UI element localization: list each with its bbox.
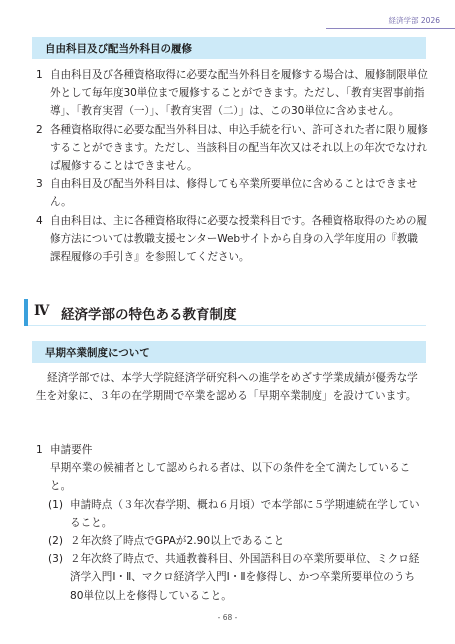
condition-number: (2): [48, 532, 70, 550]
chapter-number: Ⅳ: [34, 303, 49, 319]
item-number: 4: [36, 212, 50, 267]
section-heading-early-graduation: 早期卒業制度について: [32, 341, 426, 363]
page-number: - 68 -: [0, 613, 455, 622]
requirement-title: 申請要件: [50, 441, 428, 459]
list-item: 1 自由科目及び各種資格取得に必要な配当外科目を履修する場合は、履修制限単位外と…: [36, 66, 428, 121]
condition-item: (2) ２年次終了時点でGPAが2.90以上であること: [48, 532, 428, 550]
condition-text: ２年次終了時点で、共通教養科目、外国語科目の卒業所要単位、ミクロ経済学入門Ⅰ・Ⅱ…: [70, 550, 428, 605]
section-heading-text: 自由科目及び配当外科目の履修: [45, 41, 192, 56]
section-heading-text: 早期卒業制度について: [45, 345, 150, 360]
list-item: 2 各種資格取得に必要な配当外科目は、申込手続を行い、許可された者に限り履修する…: [36, 121, 428, 176]
condition-text: 申請時点（３年次春学期、概ね６月頃）で本学部に５学期連続在学していること。: [70, 496, 428, 532]
running-head: 経済学部 2026: [326, 14, 455, 29]
item-text: 自由科目及び各種資格取得に必要な配当外科目を履修する場合は、履修制限単位外として…: [50, 66, 428, 121]
requirement-lead: 早期卒業の候補者として認められる者は、以下の条件を全て満たしていること。: [36, 459, 428, 495]
condition-number: (3): [48, 550, 70, 605]
item-number: 3: [36, 175, 50, 211]
list-item: 3 自由科目及び配当外科目は、修得しても卒業所要単位に含めることはできません。: [36, 175, 428, 211]
item-text: 自由科目は、主に各種資格取得に必要な授業科目です。各種資格取得のための履修方法に…: [50, 212, 428, 267]
chapter-accent-bar: [24, 299, 28, 326]
item-number: 2: [36, 121, 50, 176]
item-number: 1: [36, 66, 50, 121]
item-number: 1: [36, 441, 50, 459]
running-head-text: 経済学部 2026: [389, 15, 440, 26]
requirement-heading: 1 申請要件: [36, 441, 428, 459]
item-text: 各種資格取得に必要な配当外科目は、申込手続を行い、許可された者に限り履修すること…: [50, 121, 428, 176]
free-subjects-list: 1 自由科目及び各種資格取得に必要な配当外科目を履修する場合は、履修制限単位外と…: [36, 66, 428, 266]
condition-text: ２年次終了時点でGPAが2.90以上であること: [70, 532, 428, 550]
application-requirements: 1 申請要件 早期卒業の候補者として認められる者は、以下の条件を全て満たしている…: [36, 441, 428, 605]
early-graduation-intro: 経済学部では、本学大学院経済学研究科への進学をめざす学業成績が優秀な学生を対象に…: [36, 369, 428, 405]
list-item: 4 自由科目は、主に各種資格取得に必要な授業科目です。各種資格取得のための履修方…: [36, 212, 428, 267]
chapter-title: 経済学部の特色ある教育制度: [61, 303, 237, 323]
section-heading-free-subjects: 自由科目及び配当外科目の履修: [32, 37, 426, 59]
condition-item: (3) ２年次終了時点で、共通教養科目、外国語科目の卒業所要単位、ミクロ経済学入…: [48, 550, 428, 605]
item-text: 自由科目及び配当外科目は、修得しても卒業所要単位に含めることはできません。: [50, 175, 428, 211]
chapter-heading: Ⅳ 経済学部の特色ある教育制度: [24, 299, 426, 326]
condition-number: (1): [48, 496, 70, 532]
condition-item: (1) 申請時点（３年次春学期、概ね６月頃）で本学部に５学期連続在学していること…: [48, 496, 428, 532]
